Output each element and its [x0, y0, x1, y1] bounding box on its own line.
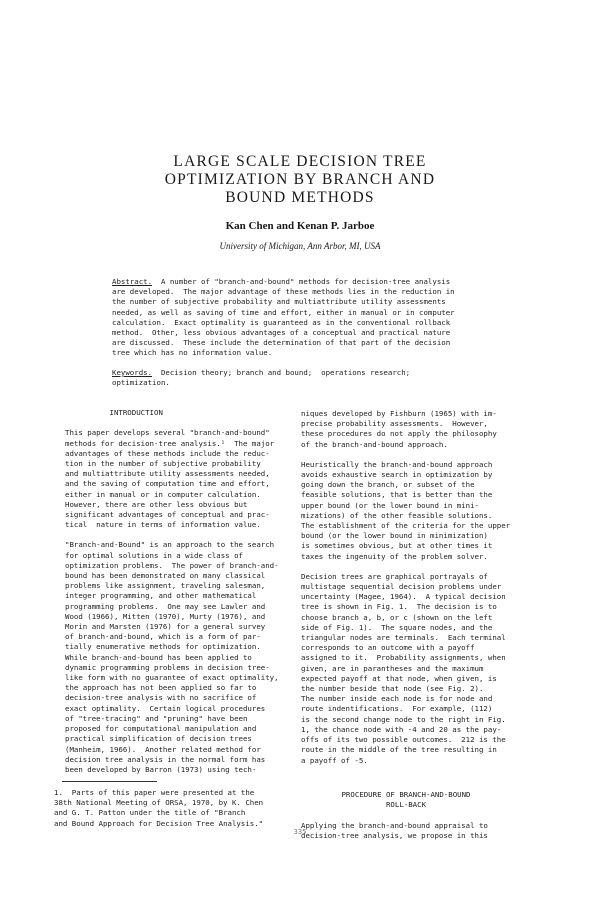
paragraph: Decision trees are graphical portrayals …	[301, 572, 510, 766]
keywords-label: Keywords.	[112, 368, 152, 377]
keywords-first-line: Decision theory; branch and bound; opera…	[152, 368, 410, 377]
page-number: 335	[0, 828, 600, 836]
column-left: INTRODUCTION This paper develops several…	[65, 408, 279, 785]
paragraph: This paper develops several "branch-and-…	[65, 428, 279, 530]
paragraph: Heuristically the branch-and-bound appro…	[301, 460, 510, 562]
abstract-label: Abstract.	[112, 277, 152, 286]
paragraph: "Branch-and-Bound" is an approach to the…	[65, 540, 279, 775]
abstract: Abstract. A number of "branch-and-bound"…	[112, 277, 455, 359]
footnote-divider	[62, 781, 157, 782]
title-line: OPTIMIZATION BY BRANCH AND	[0, 171, 600, 189]
section-heading-procedure: PROCEDURE OF BRANCH-AND-BOUND ROLL-BACK	[301, 790, 511, 810]
title-line: LARGE SCALE DECISION TREE	[0, 153, 600, 171]
section-heading-introduction: INTRODUCTION	[65, 408, 279, 418]
authors: Kan Chen and Kenan P. Jarboe	[0, 220, 600, 232]
column-right: niques developed by Fishburn (1965) with…	[301, 409, 510, 776]
abstract-first-line: A number of "branch-and-bound" methods f…	[152, 277, 450, 286]
paper-title: LARGE SCALE DECISION TREE OPTIMIZATION B…	[0, 153, 600, 207]
keywords: Keywords. Decision theory; branch and bo…	[112, 368, 410, 388]
keywords-lines: optimization.	[112, 378, 170, 387]
abstract-lines: are developed. The major advantage of th…	[112, 287, 455, 357]
title-line: BOUND METHODS	[0, 189, 600, 207]
footnote: 1. Parts of this paper were presented at…	[54, 788, 263, 829]
heading-text: INTRODUCTION	[110, 408, 163, 417]
affiliation: University of Michigan, Ann Arbor, MI, U…	[0, 241, 600, 251]
paragraph: niques developed by Fishburn (1965) with…	[301, 409, 510, 450]
